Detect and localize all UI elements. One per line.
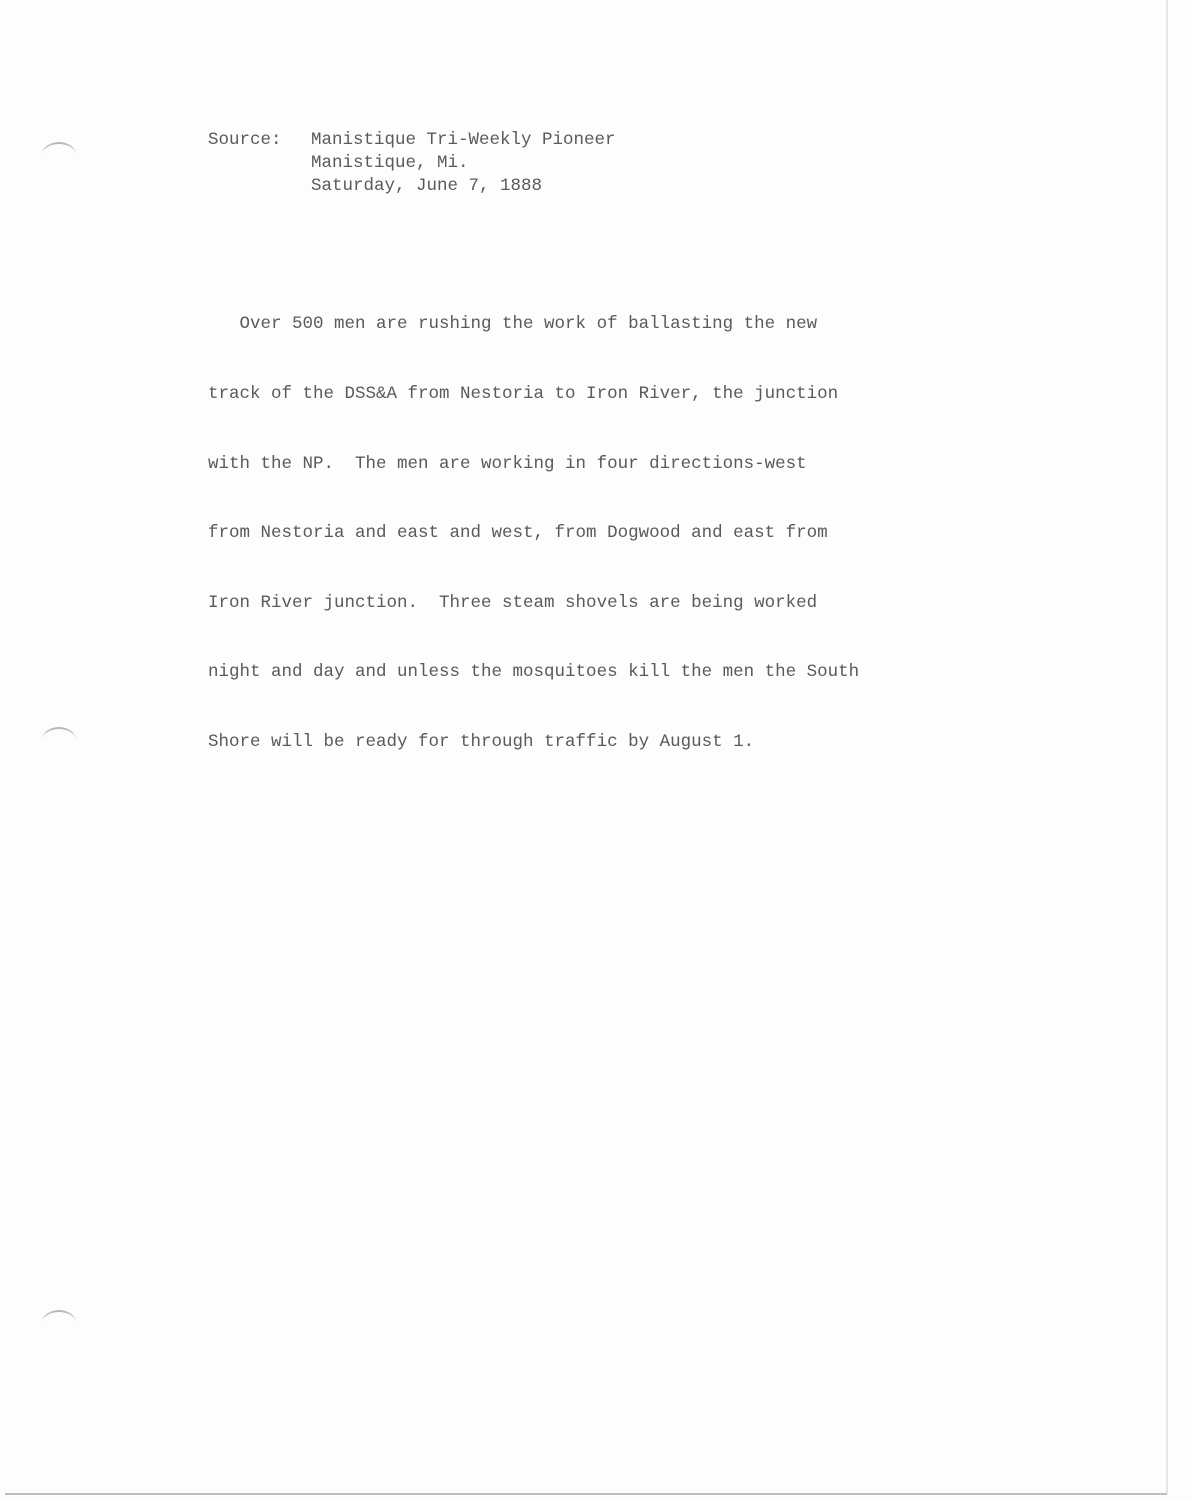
body-line: night and day and unless the mosquitoes … xyxy=(208,661,859,684)
punch-hole-top xyxy=(42,142,76,168)
body-line: Iron River junction. Three steam shovels… xyxy=(208,592,859,615)
punch-hole-bottom xyxy=(42,1310,76,1336)
page-edge-right xyxy=(1166,0,1168,1494)
body-line: track of the DSS&A from Nestoria to Iron… xyxy=(208,383,859,406)
source-location: Manistique, Mi. xyxy=(311,152,616,175)
source-publication: Manistique Tri-Weekly Pioneer xyxy=(311,129,616,152)
body-line: with the NP. The men are working in four… xyxy=(208,453,859,476)
document-page: Source: Manistique Tri-Weekly Pioneer Ma… xyxy=(0,0,1193,1500)
body-line: Over 500 men are rushing the work of bal… xyxy=(208,313,859,336)
source-label: Source: xyxy=(208,129,311,198)
body-line: from Nestoria and east and west, from Do… xyxy=(208,522,859,545)
source-details: Manistique Tri-Weekly Pioneer Manistique… xyxy=(311,129,616,198)
article-body: Over 500 men are rushing the work of bal… xyxy=(208,267,859,801)
source-citation: Source: Manistique Tri-Weekly Pioneer Ma… xyxy=(208,129,616,198)
page-edge-bottom xyxy=(5,1493,1167,1495)
punch-hole-middle xyxy=(42,727,76,753)
source-date: Saturday, June 7, 1888 xyxy=(311,175,616,198)
body-line: Shore will be ready for through traffic … xyxy=(208,731,859,754)
